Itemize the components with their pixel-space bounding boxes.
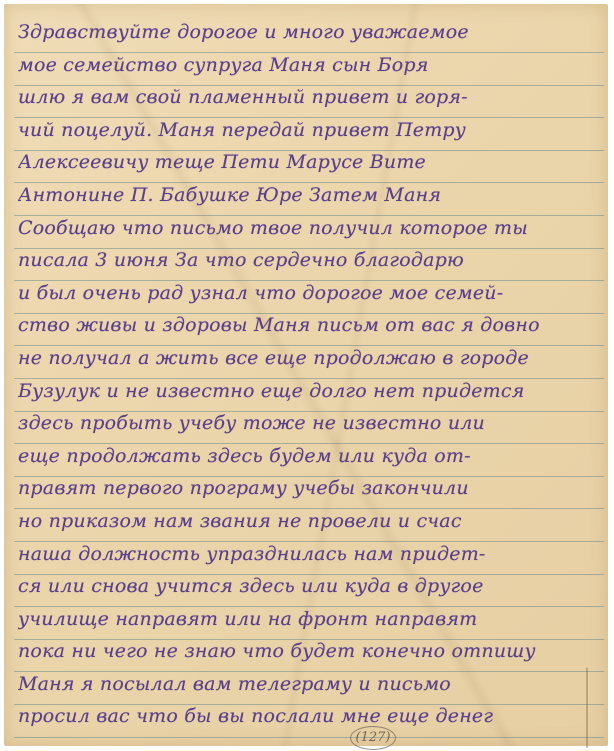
letter-line: и был очень рад узнал что дорогое мое се… — [18, 275, 608, 308]
letter-line: Маня я посылал вам телеграму и письмо — [18, 666, 608, 699]
letter-line: правят первого програму учебы закончили — [18, 470, 608, 503]
letter-page: Здравствуйте дорогое и много уважаемоемо… — [4, 4, 608, 746]
letter-line: ся или снова учится здесь или куда в дру… — [18, 568, 608, 601]
letter-line: мое семейство супруга Маня сын Боря — [18, 47, 608, 80]
letter-line: училище направят или на фронт направят — [18, 601, 608, 634]
letter-line: не получал а жить все еще продолжаю в го… — [18, 340, 608, 373]
letter-line: просил вас что бы вы послали мне еще ден… — [18, 698, 608, 731]
letter-line: писала 3 июня За что сердечно благодарю — [18, 242, 608, 275]
letter-line: пока ни чего не знаю что будет конечно о… — [18, 633, 608, 666]
letter-line: но приказом нам звания не провели и счас — [18, 503, 608, 536]
letter-line: шлю я вам свой пламенный привет и горя- — [18, 79, 608, 112]
letter-line: Антонине П. Бабушке Юре Затем Маня — [18, 177, 608, 210]
paper-fold-mark — [586, 668, 588, 748]
archive-number: (127) — [350, 726, 396, 750]
letter-body: Здравствуйте дорогое и много уважаемоемо… — [18, 14, 608, 731]
letter-line: Бузулук и не известно еще долго нет прид… — [18, 373, 608, 406]
letter-line: Алексеевичу теще Пети Марусе Вите — [18, 144, 608, 177]
letter-line: Здравствуйте дорогое и много уважаемое — [18, 14, 608, 47]
letter-line: еще продолжать здесь будем или куда от- — [18, 438, 608, 471]
letter-line: ство живы и здоровы Маня письм от вас я … — [18, 307, 608, 340]
letter-line: наша должность упразднилась нам придет- — [18, 536, 608, 569]
rule-line — [14, 737, 604, 738]
letter-line: здесь пробыть учебу тоже не известно или — [18, 405, 608, 438]
letter-line: чий поцелуй. Маня передай привет Петру — [18, 112, 608, 145]
letter-line: Сообщаю что письмо твое получил которое … — [18, 210, 608, 243]
